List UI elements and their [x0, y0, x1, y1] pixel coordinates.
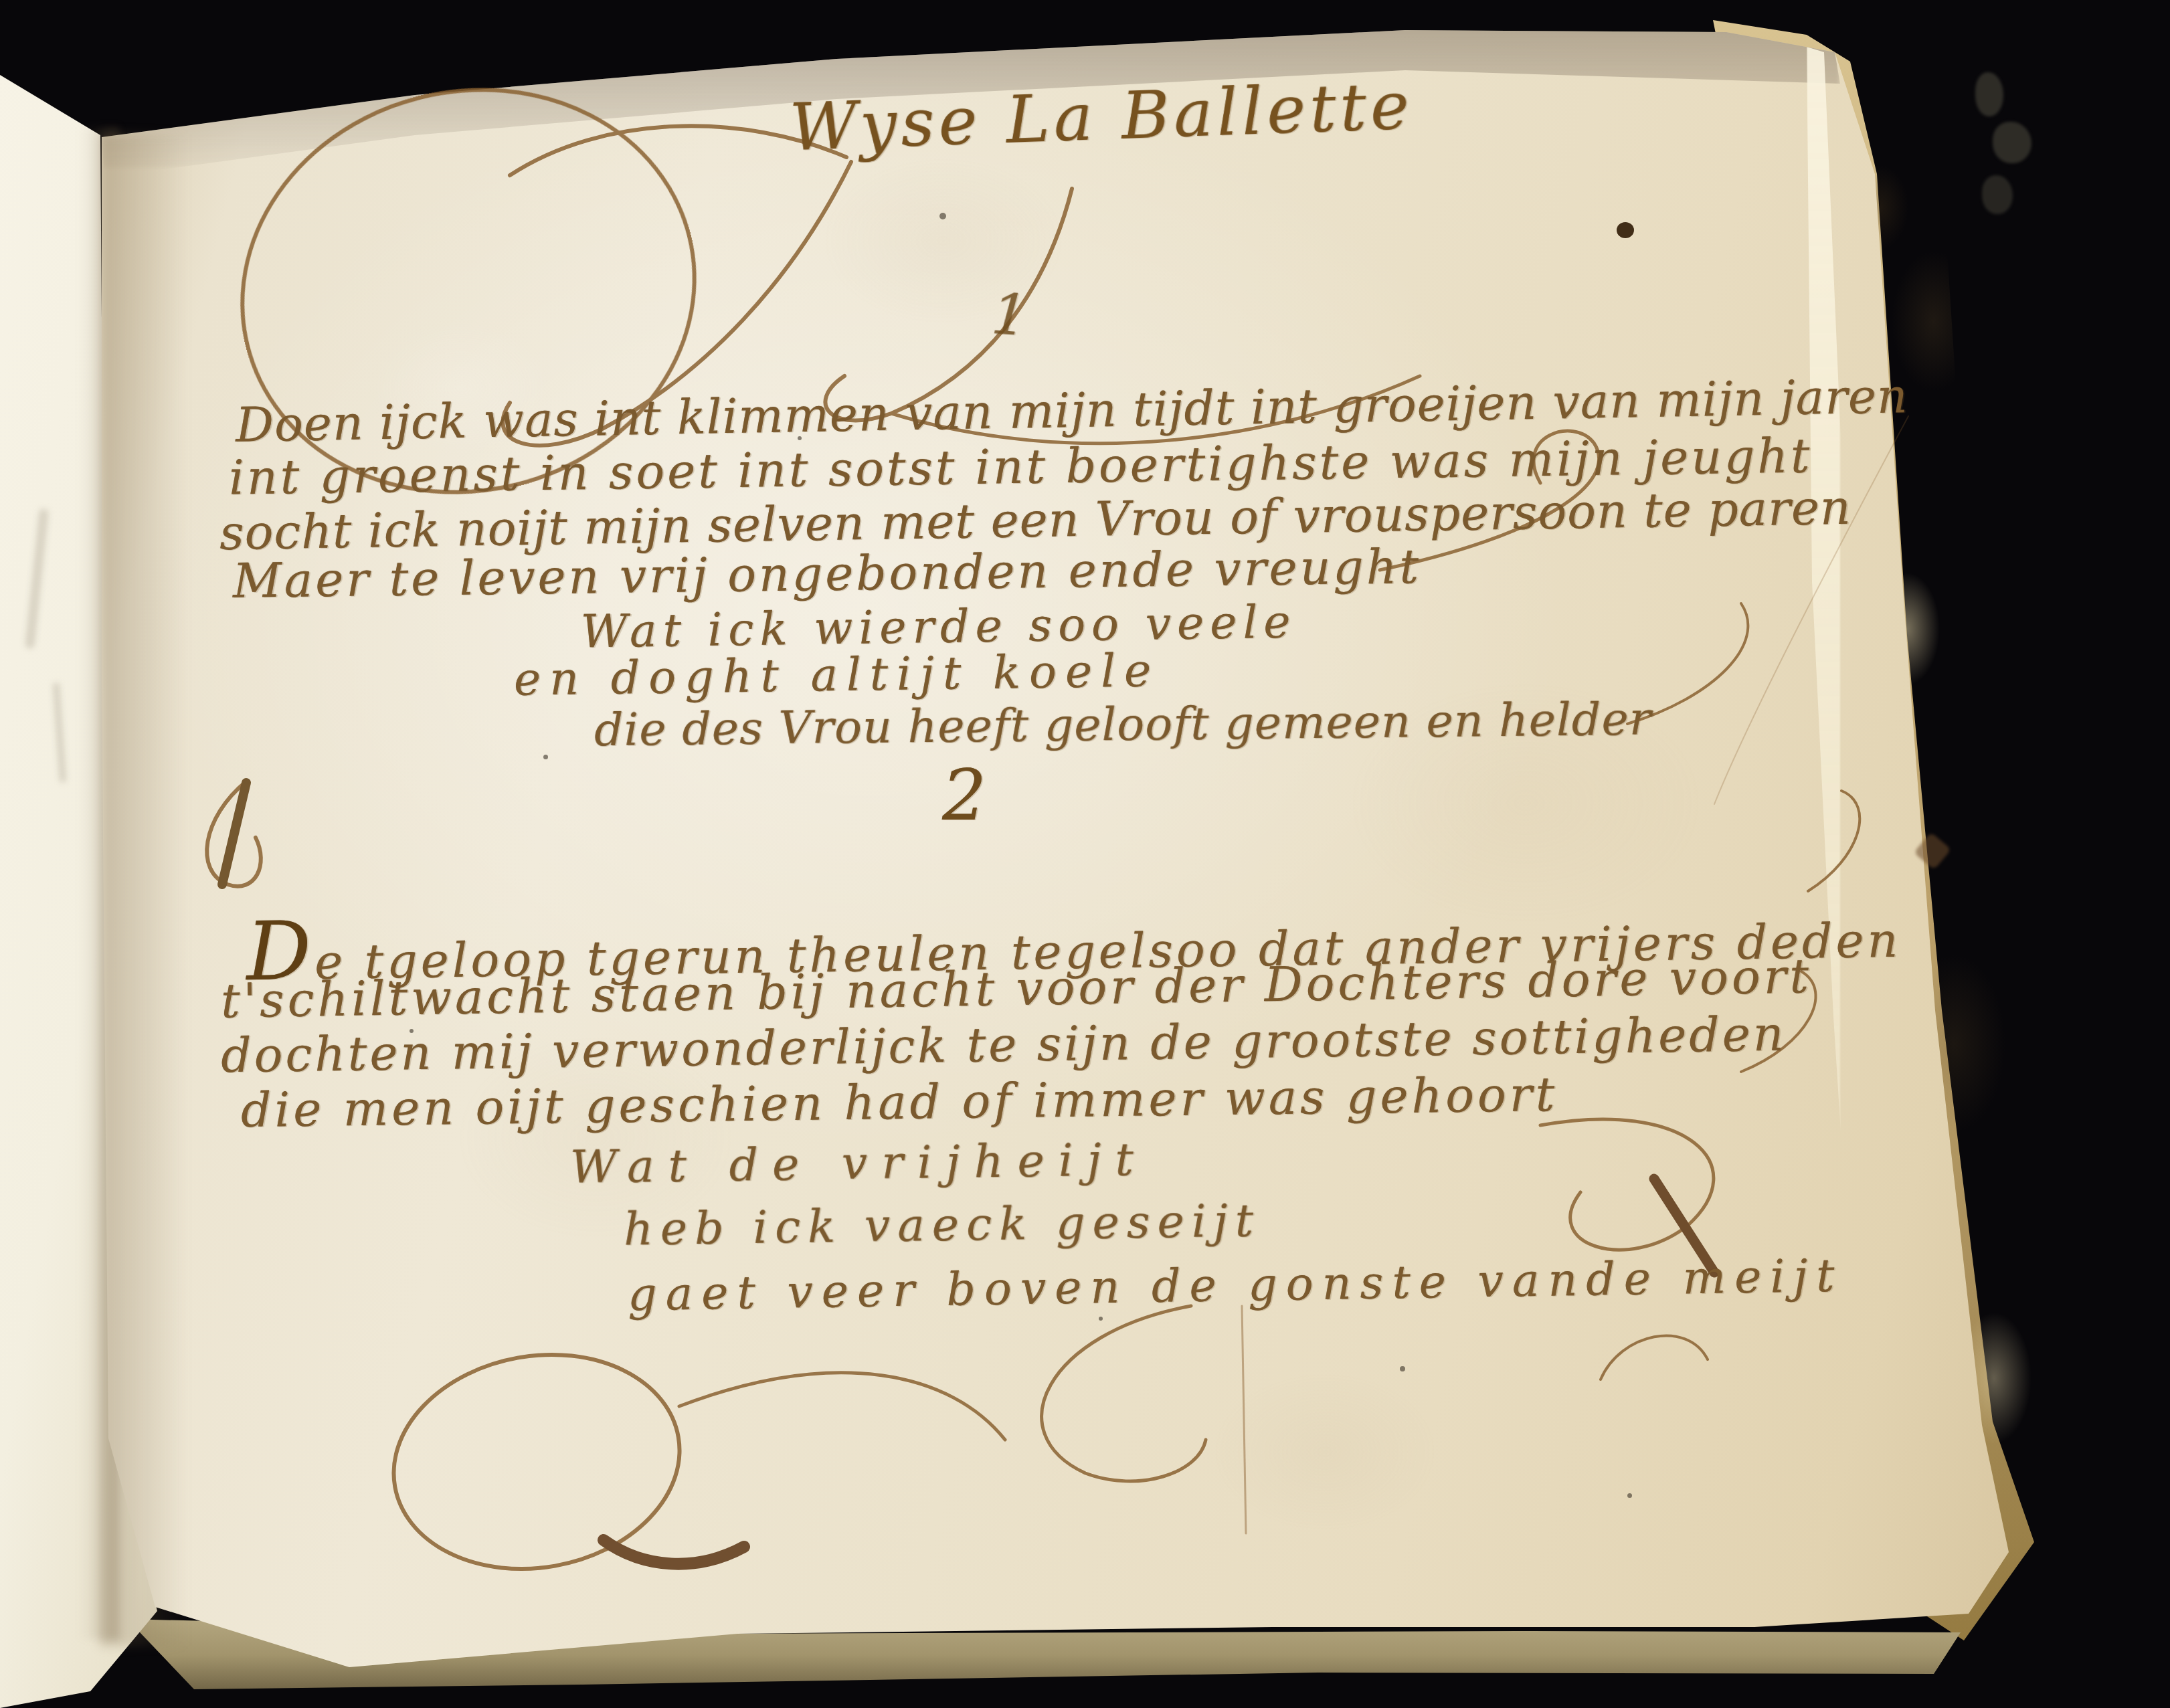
manuscript-page	[87, 13, 2027, 1673]
manuscript-photo: Wyse La Ballette 1 Doen ijck was int kli…	[0, 0, 2170, 1708]
verse-line: die des Vrou heeft gelooft gemeen en hel…	[594, 693, 1652, 757]
ink-smudge	[1993, 122, 2031, 163]
paper-speck	[543, 755, 548, 759]
paper-speck	[798, 436, 802, 440]
title-ink-dot	[1617, 222, 1634, 238]
ink-smudge	[1975, 72, 2003, 116]
stanza-2-number: 2	[942, 755, 986, 836]
verse-line: Wat de vrijheijt	[569, 1133, 1148, 1194]
verse-line: heb ick vaeck geseijt	[623, 1194, 1261, 1256]
stanza-1-number: 1	[990, 281, 1030, 349]
paper-speck	[1400, 1366, 1405, 1371]
verse-line: en doght altijt koele	[513, 644, 1160, 706]
paper-speck	[410, 1029, 414, 1033]
ink-smudge	[1982, 175, 2013, 214]
gutter-shadow	[100, 134, 187, 1646]
paper-speck	[1627, 1493, 1632, 1498]
paper-speck	[1099, 1317, 1103, 1321]
paper-speck	[939, 213, 946, 219]
